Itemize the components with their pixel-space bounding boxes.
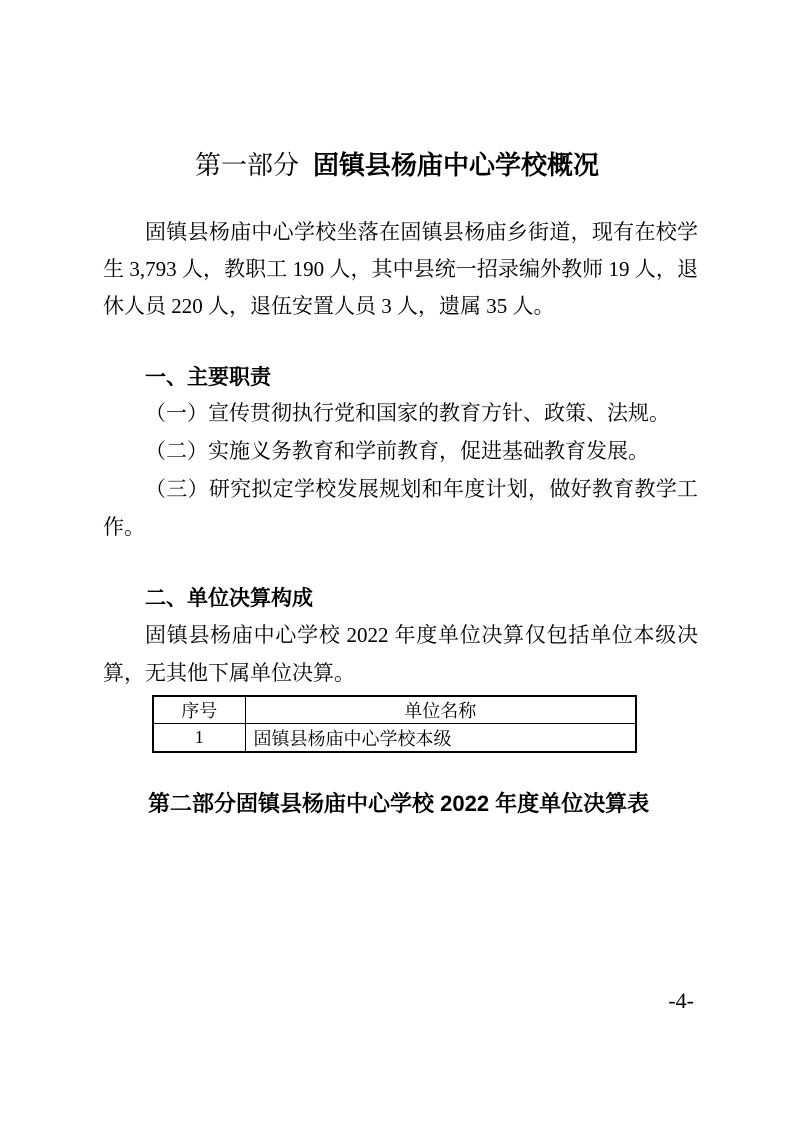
table-cell-unit-name: 固镇县杨庙中心学校本级 [245, 724, 636, 753]
document-title: 第一部分固镇县杨庙中心学校概况 [0, 148, 794, 182]
table-cell-seq: 1 [153, 724, 245, 753]
intro-line-3: 休人员 220 人，退伍安置人员 3 人，遗属 35 人。 [103, 288, 698, 325]
section2-paragraph: 固镇县杨庙中心学校 2022 年度单位决算仅包括单位本级决 算，无其他下属单位决… [103, 616, 698, 692]
intro-line-2: 生 3,793 人，教职工 190 人，其中县统一招录编外教师 19 人，退 [103, 251, 698, 288]
table-header-seq: 序号 [153, 696, 245, 724]
section2-line-1: 固镇县杨庙中心学校 2022 年度单位决算仅包括单位本级决 [103, 616, 698, 654]
section1-heading: 一、主要职责 [145, 364, 271, 392]
duty-item-1: （一）宣传贯彻执行党和国家的教育方针、政策、法规。 [103, 394, 698, 432]
duty-item-2: （二）实施义务教育和学前教育，促进基础教育发展。 [103, 432, 698, 470]
document-title-part-label: 第一部分 [195, 150, 299, 180]
duty-item-3-line-1: （三）研究拟定学校发展规划和年度计划，做好教育教学工 [103, 470, 698, 508]
part2-heading: 第二部分固镇县杨庙中心学校 2022 年度单位决算表 [148, 789, 649, 819]
unit-composition-table: 序号 单位名称 1 固镇县杨庙中心学校本级 [152, 695, 637, 753]
section2-line-2: 算，无其他下属单位决算。 [103, 654, 698, 692]
table-row: 1 固镇县杨庙中心学校本级 [153, 724, 636, 753]
section2-heading: 二、单位决算构成 [145, 585, 313, 613]
intro-paragraph: 固镇县杨庙中心学校坐落在固镇县杨庙乡街道，现有在校学 生 3,793 人，教职工… [103, 214, 698, 325]
table-header-row: 序号 单位名称 [153, 696, 636, 724]
document-page: 第一部分固镇县杨庙中心学校概况 固镇县杨庙中心学校坐落在固镇县杨庙乡街道，现有在… [0, 0, 794, 1122]
table-header-unit-name: 单位名称 [245, 696, 636, 724]
section1-duties-list: （一）宣传贯彻执行党和国家的教育方针、政策、法规。 （二）实施义务教育和学前教育… [103, 394, 698, 546]
intro-line-1: 固镇县杨庙中心学校坐落在固镇县杨庙乡街道，现有在校学 [103, 214, 698, 251]
document-title-text: 固镇县杨庙中心学校概况 [313, 150, 599, 180]
page-number: -4- [668, 987, 694, 1015]
duty-item-3-line-2: 作。 [103, 508, 698, 546]
